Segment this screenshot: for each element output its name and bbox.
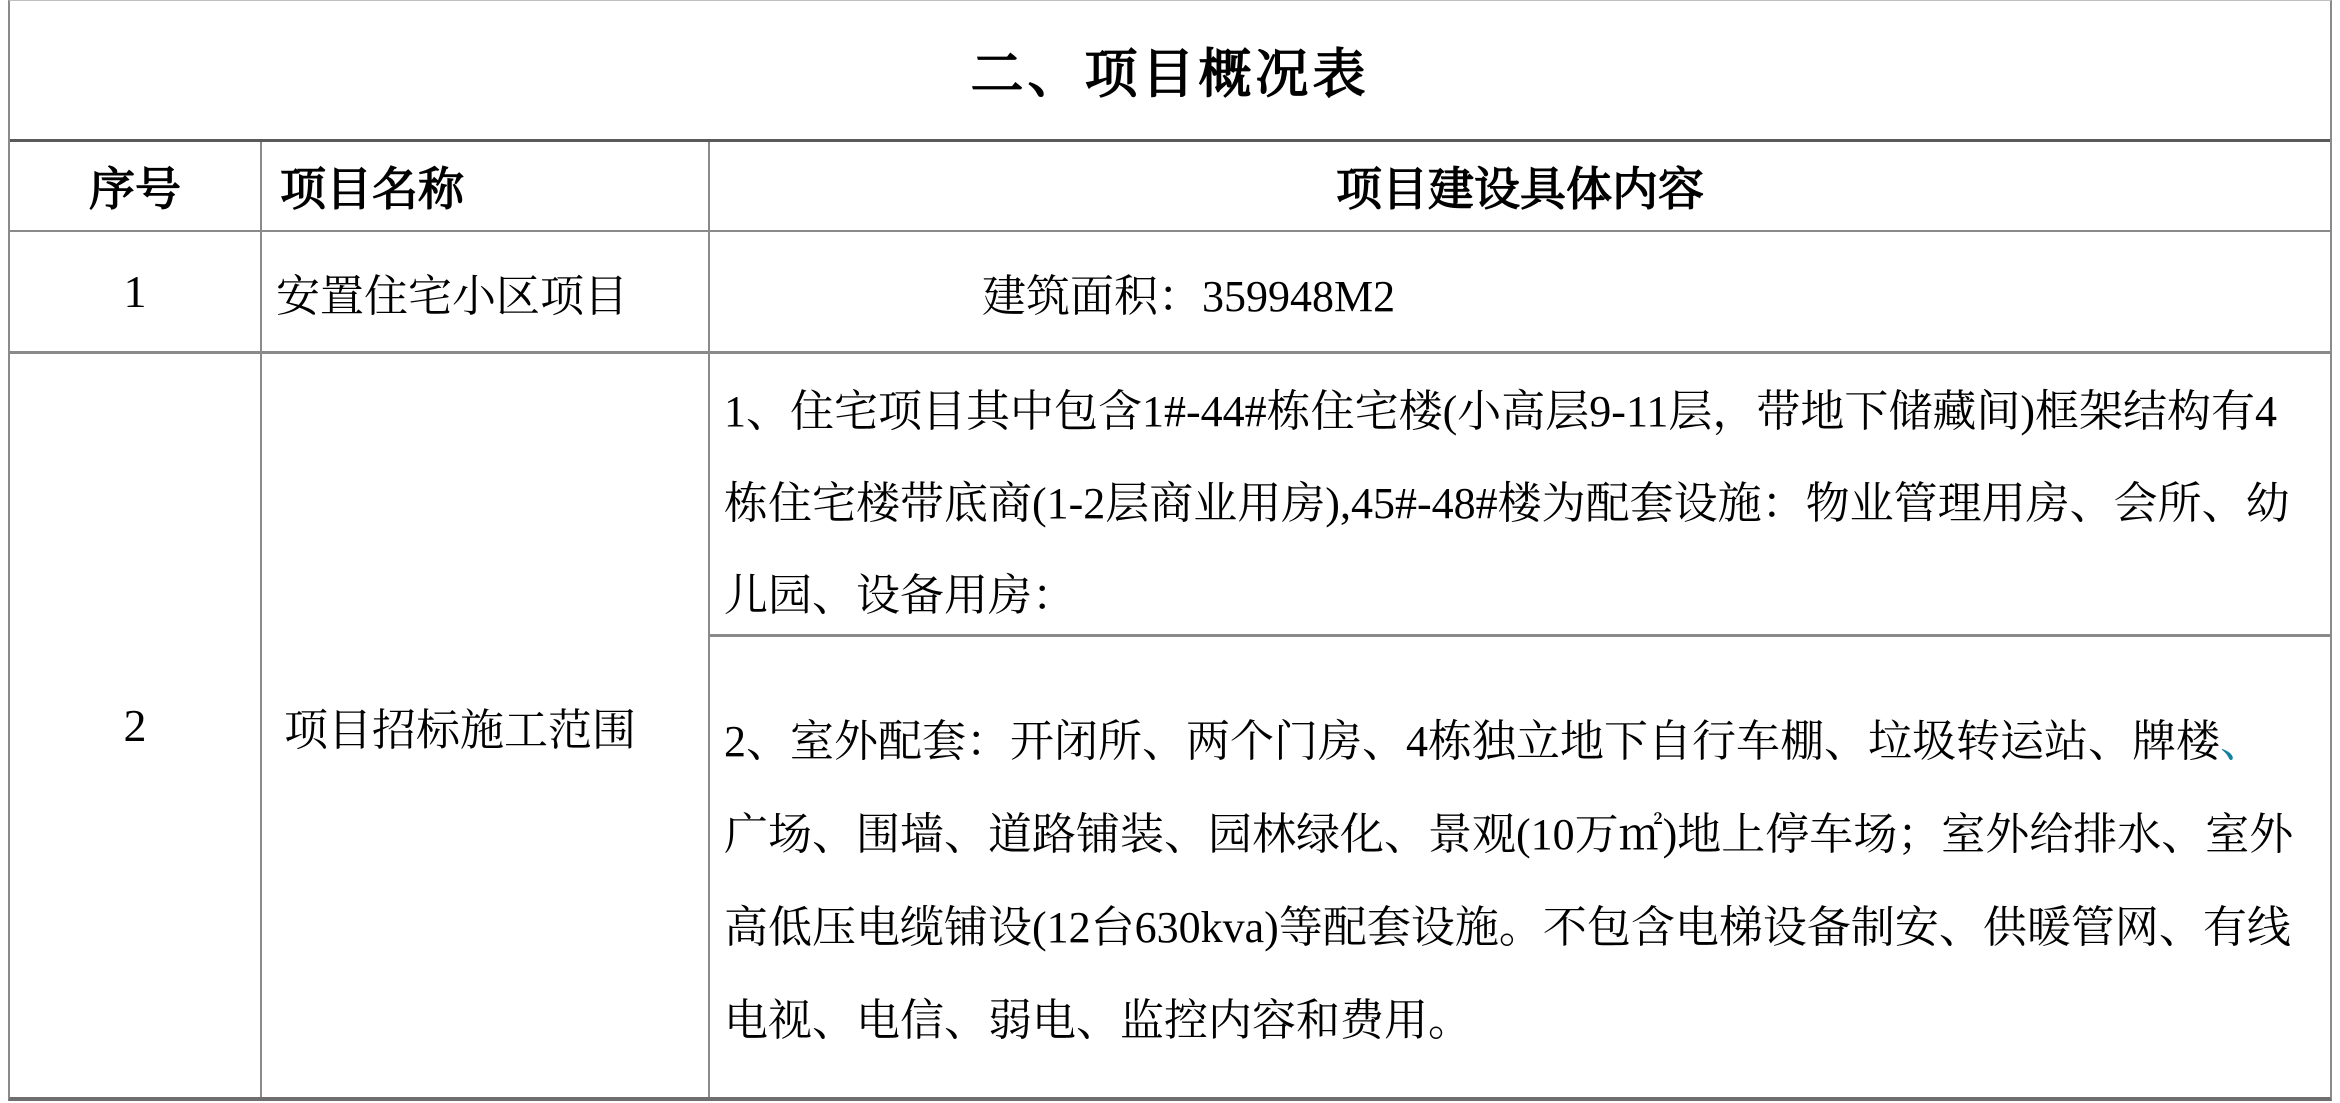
row2-serial-number: 2 [10, 354, 260, 1097]
project-overview-table: 二、项目概况表 序号 项目名称 项目建设具体内容 1 安置住宅小区项目 建筑面积… [8, 0, 2332, 1101]
highlighted-enumeration-comma: 、 [2220, 717, 2264, 766]
header-project-name: 项目名称 [260, 142, 708, 230]
row1-serial-number: 1 [10, 232, 260, 351]
document-page: 二、项目概况表 序号 项目名称 项目建设具体内容 1 安置住宅小区项目 建筑面积… [0, 0, 2340, 1103]
row2-content-cell: 1、住宅项目其中包含1#-44#栋住宅楼(小高层9-11层，带地下储藏间)框架结… [708, 354, 2330, 1097]
row2-project-name: 项目招标施工范围 [260, 354, 708, 1097]
outdoor-scope-text-after: 广场、围墙、道路铺装、园林绿化、景观(10万㎡)地上停车场；室外给排水、室外高低… [724, 810, 2293, 1045]
header-serial-number: 序号 [10, 142, 260, 230]
row2-content-residential-scope: 1、住宅项目其中包含1#-44#栋住宅楼(小高层9-11层，带地下储藏间)框架结… [710, 354, 2330, 637]
outdoor-scope-text-before: 2、室外配套：开闭所、两个门房、4栋独立地下自行车棚、垃圾转运站、牌楼 [724, 717, 2220, 766]
row1-project-name: 安置住宅小区项目 [260, 232, 708, 351]
table-row: 2 项目招标施工范围 1、住宅项目其中包含1#-44#栋住宅楼(小高层9-11层… [10, 354, 2330, 1097]
row2-content-outdoor-scope: 2、室外配套：开闭所、两个门房、4栋独立地下自行车棚、垃圾转运站、牌楼、广场、围… [710, 637, 2330, 1097]
table-row: 1 安置住宅小区项目 建筑面积：359948M2 [10, 232, 2330, 354]
table-header-row: 序号 项目名称 项目建设具体内容 [10, 142, 2330, 232]
header-project-content: 项目建设具体内容 [708, 142, 2330, 230]
table-title: 二、项目概况表 [10, 1, 2330, 142]
row1-building-area: 建筑面积：359948M2 [708, 232, 2330, 351]
